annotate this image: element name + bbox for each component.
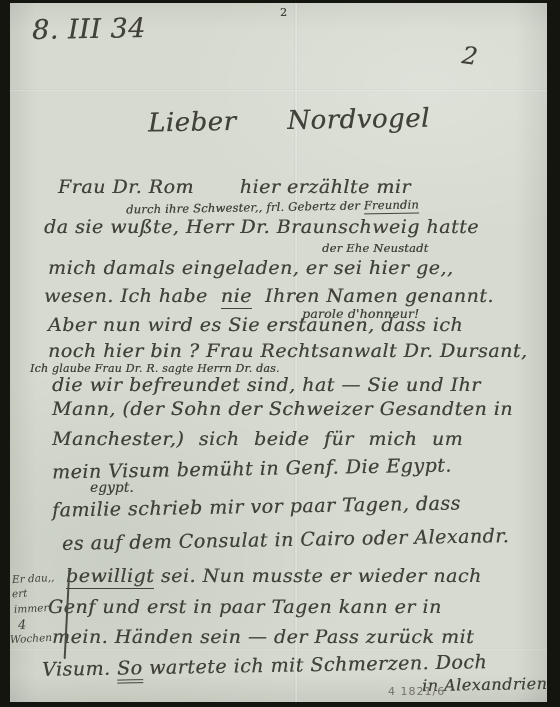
page-number-stamp: 2 bbox=[280, 7, 288, 19]
body-line: Manchester,) sich beide für mich um bbox=[52, 429, 463, 450]
body-line: die wir befreundet sind, hat — Sie und I… bbox=[52, 375, 481, 396]
collector-mark: 2 bbox=[460, 42, 479, 70]
body-line: da sie wußte, Herr Dr. Braunschweig hatt… bbox=[44, 217, 479, 238]
body-line: es auf dem Consulat in Cairo oder Alexan… bbox=[62, 526, 510, 555]
margin-note-word: 4 bbox=[18, 618, 27, 633]
body-line-text: sei. Nun musste er wieder nach bbox=[154, 565, 481, 587]
horizontal-fold-crease-top bbox=[10, 89, 547, 92]
letter-date: 8. III 34 bbox=[32, 14, 146, 46]
body-line-text: Visum. bbox=[42, 658, 117, 681]
catalog-number: 4 1821/6 bbox=[388, 685, 445, 698]
body-line: Mann, (der Sohn der Schweizer Gesandten … bbox=[52, 399, 513, 420]
body-line: familie schrieb mir vor paar Tagen, dass bbox=[52, 493, 461, 521]
interlinear-note: der Ehe Neustadt bbox=[322, 242, 428, 255]
letter-scan: 8. III 34 2 2 Lieber Nordvogel Frau Dr. … bbox=[0, 0, 560, 707]
body-line-text: Ihren Namen genannt. bbox=[252, 285, 494, 307]
body-line: noch hier bin ? Frau Rechtsanwalt Dr. Du… bbox=[48, 341, 527, 362]
interlinear-note: durch ihre Schwester,, frl. Gebertz der … bbox=[126, 198, 419, 216]
margin-note-word: Wochen bbox=[10, 632, 53, 646]
underlined-word: nie bbox=[221, 285, 252, 309]
interlinear-note-text: durch ihre Schwester,, frl. Gebertz der bbox=[126, 198, 364, 216]
interlinear-note-underlined: Freundin bbox=[364, 197, 419, 214]
body-line: mein. Händen sein — der Pass zurück mit bbox=[52, 627, 474, 648]
body-line: mich damals eingeladen, er sei hier ge,, bbox=[48, 258, 453, 279]
letter-paper: 8. III 34 2 2 Lieber Nordvogel Frau Dr. … bbox=[10, 3, 547, 702]
margin-note-word: Er dau,, bbox=[12, 572, 55, 586]
body-line: bewilligt sei. Nun musste er wieder nach bbox=[66, 566, 482, 587]
body-line-text: wesen. Ich habe bbox=[44, 285, 221, 307]
greeting-line: Lieber Nordvogel bbox=[148, 105, 430, 139]
interlinear-note: egypt. bbox=[90, 481, 134, 496]
body-line: Frau Dr. Rom hier erzählte mir bbox=[58, 177, 411, 198]
body-line: Aber nun wird es Sie erstaunen, dass ich bbox=[48, 315, 463, 336]
margin-note-word: immer bbox=[14, 602, 49, 616]
margin-note-word: ert bbox=[12, 588, 28, 601]
underlined-word: bewilligt bbox=[66, 565, 154, 589]
body-line: wesen. Ich habe nie Ihren Namen genannt. bbox=[44, 286, 494, 307]
double-underlined-word: So bbox=[117, 657, 143, 683]
body-line: Genf und erst in paar Tagen kann er in bbox=[48, 597, 442, 618]
body-line: Visum. So wartete ich mit Schmerzen. Doc… bbox=[42, 652, 487, 681]
